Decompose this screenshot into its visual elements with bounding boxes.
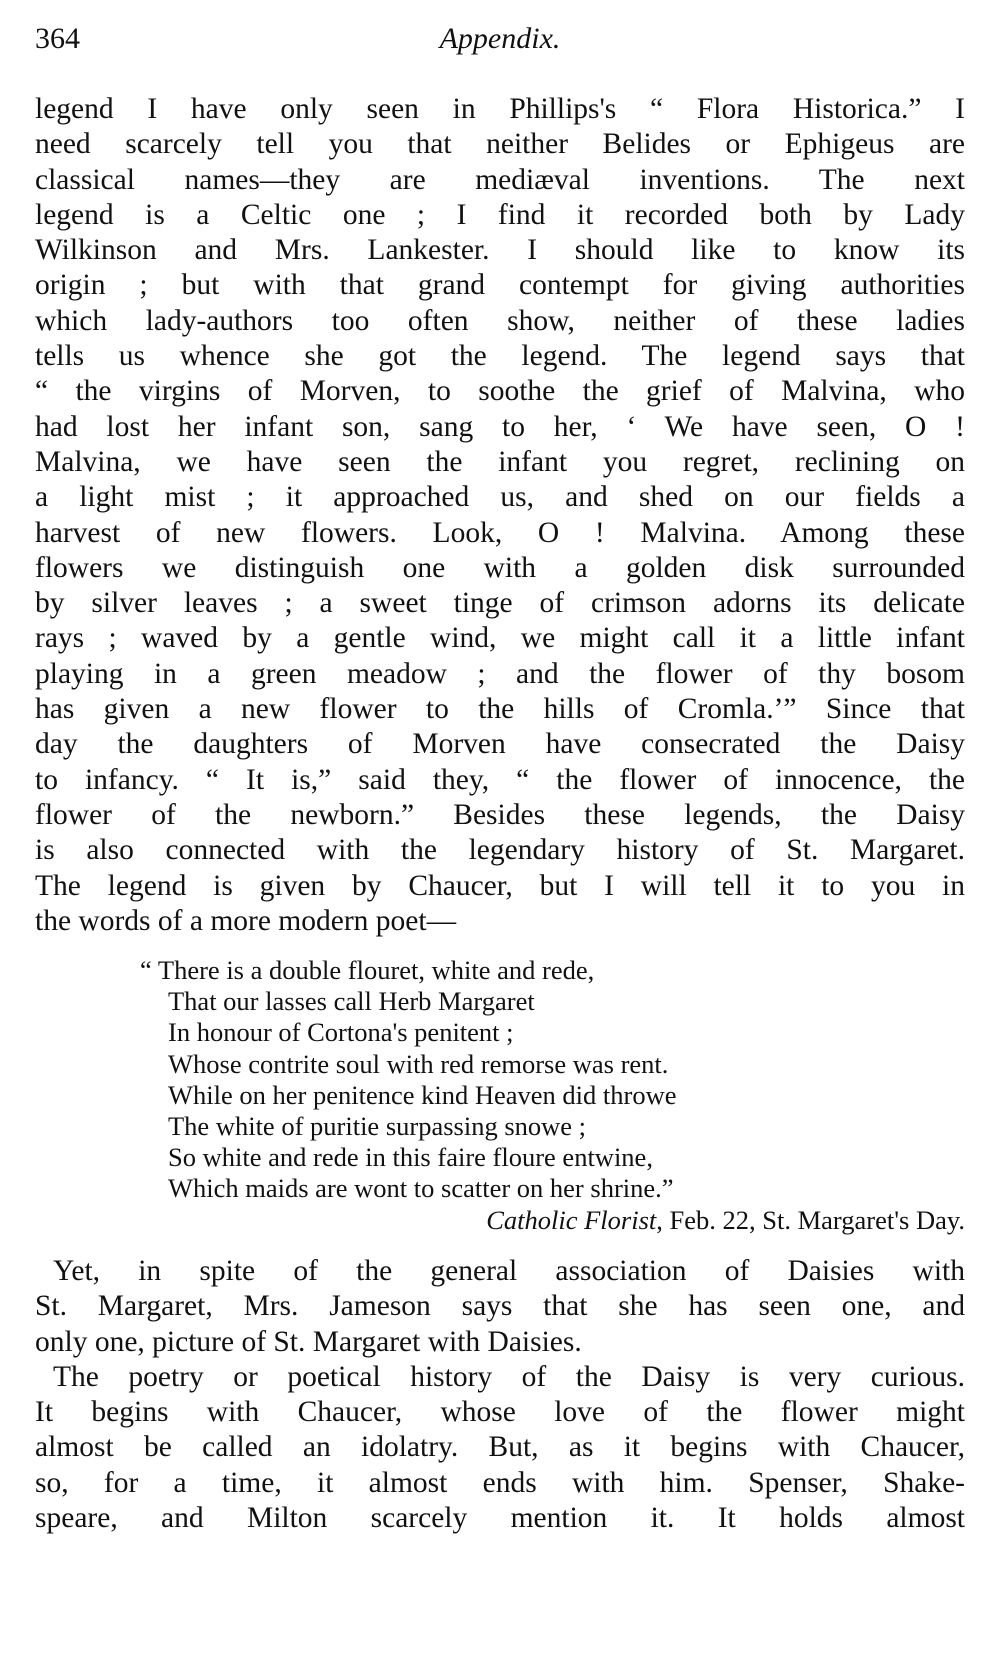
text-line: classical names—they are mediæval invent… xyxy=(35,163,965,198)
text-line: flowers we distinguish one with a golden… xyxy=(35,551,965,586)
poem-line: So white and rede in this faire floure e… xyxy=(168,1142,968,1173)
text-line: a light mist ; it approached us, and she… xyxy=(35,480,965,515)
text-line: need scarcely tell you that neither Beli… xyxy=(35,127,965,162)
text-line: legend I have only seen in Phillips's “ … xyxy=(35,92,965,127)
text-line: by silver leaves ; a sweet tinge of crim… xyxy=(35,586,965,621)
text-line: harvest of new flowers. Look, O ! Malvin… xyxy=(35,516,965,551)
poem-line: “ There is a double flouret, white and r… xyxy=(140,955,968,986)
poem-line: The white of puritie surpassing snowe ; xyxy=(168,1111,968,1142)
attribution-detail: , Feb. 22, St. Margaret's Day. xyxy=(656,1205,965,1235)
poem-line: Which maids are wont to scatter on her s… xyxy=(168,1173,968,1204)
poem-line: While on her penitence kind Heaven did t… xyxy=(168,1080,968,1111)
paragraph-legend-of-malvina: legend I have only seen in Phillips's “ … xyxy=(35,92,965,939)
poem-quotation: “ There is a double flouret, white and r… xyxy=(168,955,968,1236)
text-line: day the daughters of Morven have consecr… xyxy=(35,727,965,762)
text-line: It begins with Chaucer, whose love of th… xyxy=(35,1395,965,1430)
following-paragraphs: Yet, in spite of the general association… xyxy=(35,1254,965,1536)
text-line: “ the virgins of Morven, to soothe the g… xyxy=(35,374,965,409)
text-line: Wilkinson and Mrs. Lankester. I should l… xyxy=(35,233,965,268)
text-line: had lost her infant son, sang to her, ‘ … xyxy=(35,410,965,445)
text-line: to infancy. “ It is,” said they, “ the f… xyxy=(35,763,965,798)
text-line: The legend is given by Chaucer, but I wi… xyxy=(35,869,965,904)
text-line: which lady-authors too often show, neith… xyxy=(35,304,965,339)
text-line: tells us whence she got the legend. The … xyxy=(35,339,965,374)
text-line: Yet, in spite of the general association… xyxy=(35,1254,965,1289)
text-line: Malvina, we have seen the infant you reg… xyxy=(35,445,965,480)
text-line: The poetry or poetical history of the Da… xyxy=(35,1360,965,1395)
poem-line: That our lasses call Herb Margaret xyxy=(168,986,968,1017)
running-title: Appendix. xyxy=(0,22,1000,56)
text-line: legend is a Celtic one ; I find it recor… xyxy=(35,198,965,233)
text-line: the words of a more modern poet— xyxy=(35,904,965,939)
poem-line: Whose contrite soul with red remorse was… xyxy=(168,1049,968,1080)
text-line: speare, and Milton scarcely mention it. … xyxy=(35,1501,965,1536)
text-line: rays ; waved by a gentle wind, we might … xyxy=(35,621,965,656)
poem-line: In honour of Cortona's penitent ; xyxy=(168,1017,968,1048)
text-line: has given a new flower to the hills of C… xyxy=(35,692,965,727)
text-line: almost be called an idolatry. But, as it… xyxy=(35,1430,965,1465)
text-line: origin ; but with that grand contempt fo… xyxy=(35,268,965,303)
text-line: so, for a time, it almost ends with him.… xyxy=(35,1466,965,1501)
text-line: is also connected with the legendary his… xyxy=(35,833,965,868)
text-line: only one, picture of St. Margaret with D… xyxy=(35,1325,965,1360)
attribution-source-title: Catholic Florist xyxy=(486,1205,656,1235)
text-line: St. Margaret, Mrs. Jameson says that she… xyxy=(35,1289,965,1324)
poem-attribution: Catholic Florist, Feb. 22, St. Margaret'… xyxy=(168,1205,965,1236)
text-line: playing in a green meadow ; and the flow… xyxy=(35,657,965,692)
text-line: flower of the newborn.” Besides these le… xyxy=(35,798,965,833)
